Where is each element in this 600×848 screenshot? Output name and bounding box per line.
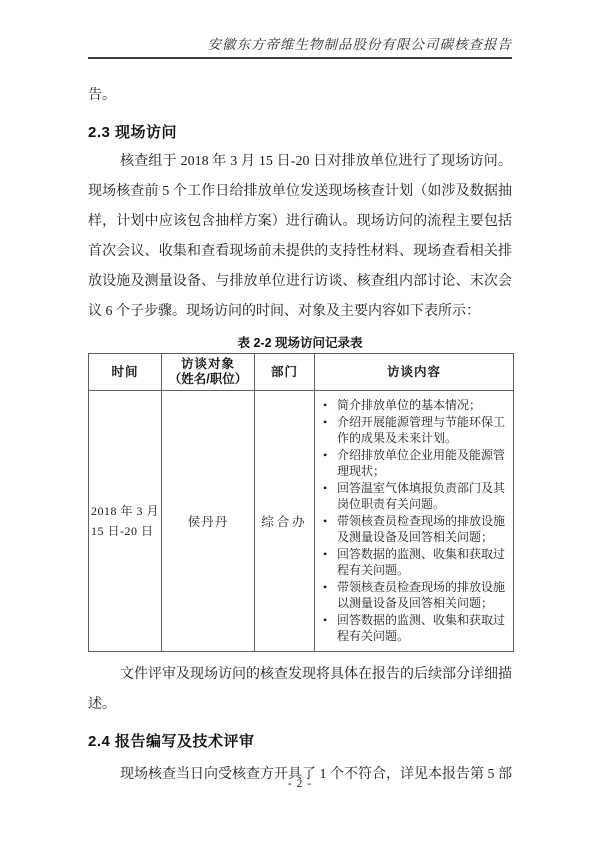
list-item: •简介排放单位的基本情况； [319,397,511,414]
list-item: •回答数据的监测、收集和获取过程有关问题。 [319,612,511,645]
list-item: •介绍开展能源管理与节能环保工作的成果及未来计划。 [319,414,511,447]
list-item: •带领核查员检查现场的排放设施及测量设备及回答相关问题； [319,513,511,546]
topic-text: 带领核查员检查现场的排放设施以测量设备及回答相关问题； [337,579,511,612]
col-header-interviewee: 访谈对象 （姓名/职位） [162,354,255,391]
bullet-icon: • [319,447,337,480]
site-visit-record-table: 时间 访谈对象 （姓名/职位） 部门 访谈内容 2018 年 3 月 15 日-… [88,353,514,652]
cell-interviewee: 侯丹丹 [162,391,255,652]
list-item: •带领核查员检查现场的排放设施以测量设备及回答相关问题； [319,579,511,612]
table-row: 2018 年 3 月 15 日-20 日 侯丹丹 综合办 •简介排放单位的基本情… [89,391,514,652]
bullet-icon: • [319,579,337,612]
bullet-icon: • [319,414,337,447]
table-caption: 表 2-2 现场访问记录表 [88,333,512,351]
list-item: •回答温室气体填报负责部门及其岗位职责有关问题。 [319,480,511,513]
interview-topic-list: •简介排放单位的基本情况； •介绍开展能源管理与节能环保工作的成果及未来计划。 … [319,397,511,645]
paragraph-continuation: 告。 [88,81,512,111]
col-header-interviewee-line1: 访谈对象 [181,357,235,371]
running-header: 安徽东方帝维生物制品股份有限公司碳核查报告 [88,0,512,59]
topic-text: 介绍开展能源管理与节能环保工作的成果及未来计划。 [337,414,511,447]
running-header-title: 安徽东方帝维生物制品股份有限公司碳核查报告 [88,36,512,53]
topic-text: 回答温室气体填报负责部门及其岗位职责有关问题。 [337,480,511,513]
bullet-icon: • [319,546,337,579]
time-line2: 15 日-20 日 [91,521,159,541]
section-heading-2-4: 2.4 报告编写及技术评审 [88,732,512,752]
cell-time: 2018 年 3 月 15 日-20 日 [89,391,162,652]
list-item: •回答数据的监测、收集和获取过程有关问题。 [319,546,511,579]
page-number: - 2 - [0,778,600,790]
table-header-row: 时间 访谈对象 （姓名/职位） 部门 访谈内容 [89,354,514,391]
topic-text: 回答数据的监测、收集和获取过程有关问题。 [337,612,511,645]
topic-text: 简介排放单位的基本情况； [337,397,511,414]
topic-text: 回答数据的监测、收集和获取过程有关问题。 [337,546,511,579]
time-text: 2018 年 3 月 15 日-20 日 [91,501,159,541]
section-heading-2-3: 2.3 现场访问 [88,123,512,143]
bullet-icon: • [319,480,337,513]
cell-department: 综合办 [255,391,315,652]
topic-text: 带领核查员检查现场的排放设施及测量设备及回答相关问题； [337,513,511,546]
col-header-content: 访谈内容 [315,354,514,391]
list-item: •介绍排放单位企业用能及能源管理现状； [319,447,511,480]
bullet-icon: • [319,397,337,414]
topic-text: 介绍排放单位企业用能及能源管理现状； [337,447,511,480]
paragraph-findings: 文件评审及现场访问的核查发现将具体在报告的后续部分详细描述。 [88,660,512,720]
cell-interview-content: •简介排放单位的基本情况； •介绍开展能源管理与节能环保工作的成果及未来计划。 … [315,391,514,652]
page-content: 安徽东方帝维生物制品股份有限公司碳核查报告 告。 2.3 现场访问 核查组于 2… [88,0,512,790]
col-header-time: 时间 [89,354,162,391]
header-divider [88,57,512,59]
col-header-interviewee-line2: （姓名/职位） [164,372,252,387]
col-header-department: 部门 [255,354,315,391]
paragraph-site-visit: 核查组于 2018 年 3 月 15 日-20 日对排放单位进行了现场访问。现场… [88,147,512,327]
bullet-icon: • [319,612,337,645]
document-page: 安徽东方帝维生物制品股份有限公司碳核查报告 告。 2.3 现场访问 核查组于 2… [0,0,600,848]
bullet-icon: • [319,513,337,546]
time-line1: 2018 年 3 月 [91,501,159,521]
